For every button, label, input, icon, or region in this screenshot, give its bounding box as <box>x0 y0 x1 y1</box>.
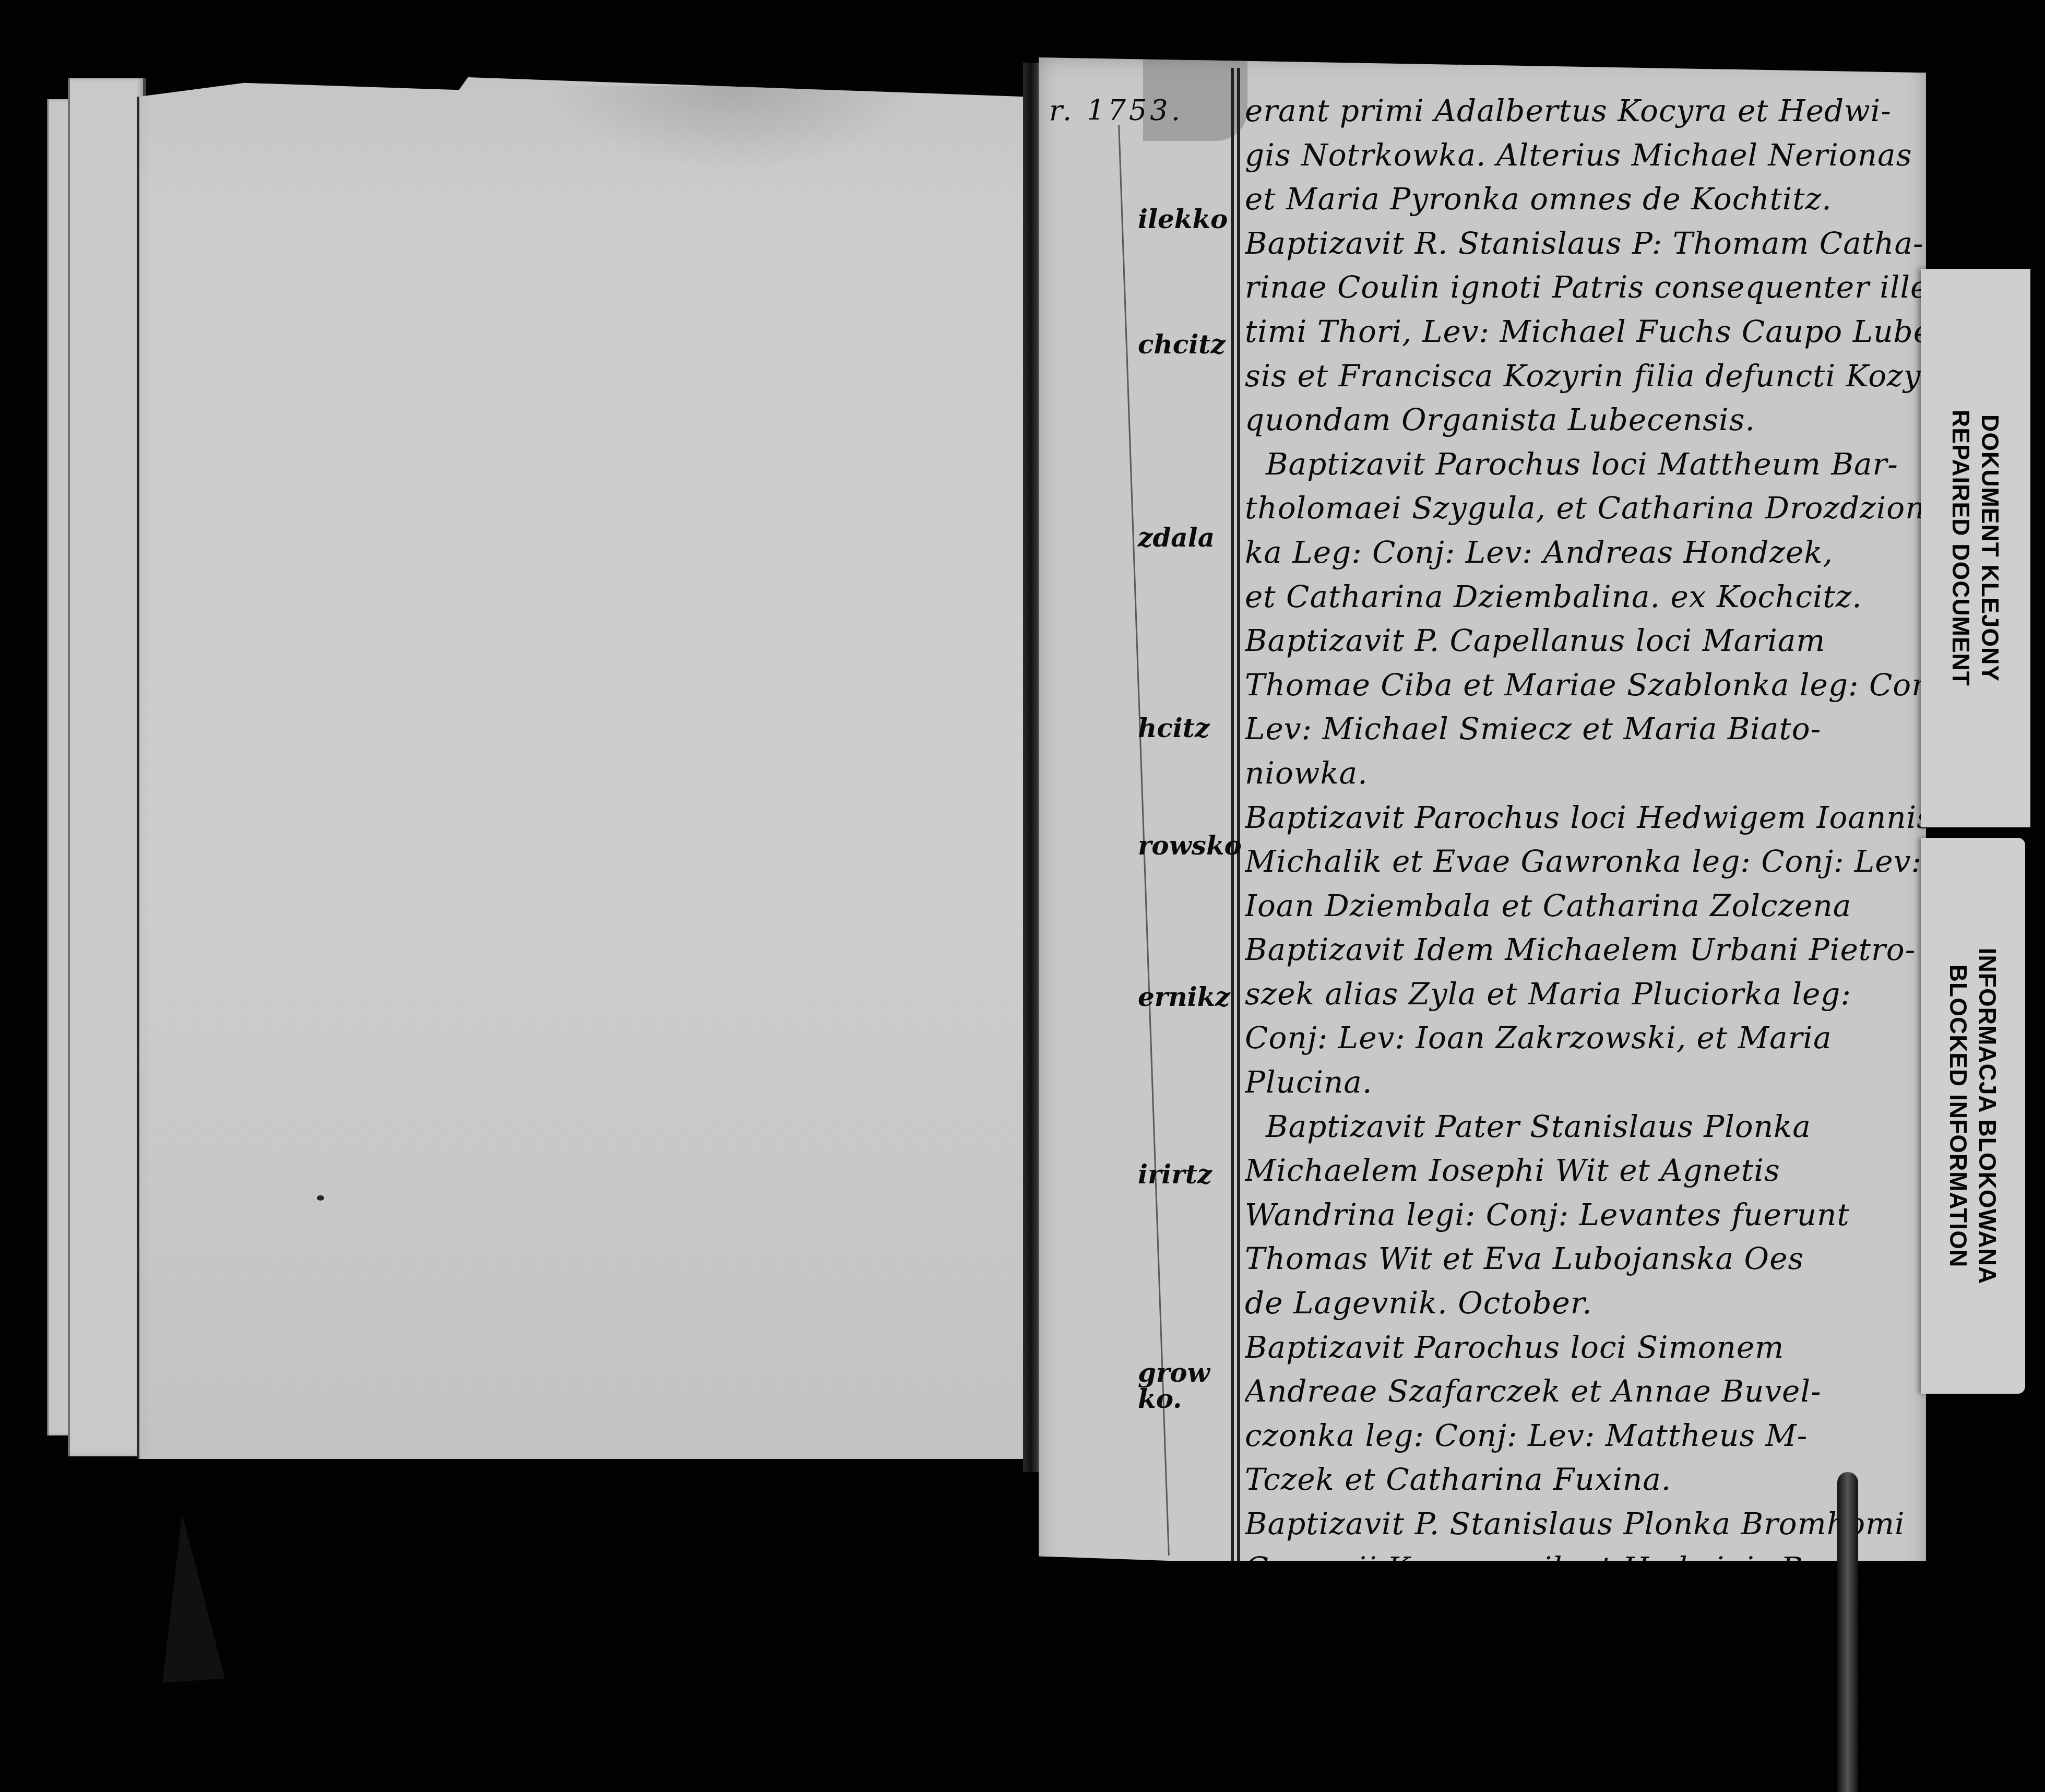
ink-speck <box>317 1195 324 1201</box>
entry-line: rinae Coulin ignoti Patris consequenter … <box>1245 265 1929 310</box>
entry-line: Conj: Lev: Ioan Zakrzowski, et Maria <box>1245 1016 1929 1060</box>
left-blank-page <box>137 55 1032 1459</box>
entry-line: Baptizavit Parochus loci Mattheum Bar- <box>1245 442 1929 486</box>
repaired-document-label: DOKUMENT KLEJONY REPAIRED DOCUMENT <box>1921 269 2030 827</box>
page-edge-inner <box>68 78 146 1456</box>
entry-line: Wandrina legi: Conj: Levantes fuerunt <box>1245 1193 1929 1237</box>
baptism-entries: erant primi Adalbertus Kocyra et Hedwi- … <box>1245 89 1929 1678</box>
entry-line: Plucina. <box>1245 1060 1929 1105</box>
entry-line: Thomas Wit et Eva Lubojanska Oes <box>1245 1237 1929 1281</box>
margin-note: rowsko <box>1138 830 1242 861</box>
margin-note: hcitz <box>1138 713 1209 743</box>
scanner-bed-shadow <box>0 1561 2045 1792</box>
entry-line: Baptizavit Parochus loci Simonem <box>1245 1325 1929 1370</box>
entry-line: Baptizavit P. Capellanus loci Mariam <box>1245 619 1929 663</box>
margin-note: chcitz <box>1138 329 1226 360</box>
margin-note: zdala <box>1138 522 1215 553</box>
label-line-polish: INFORMACJA BLOKOWANA <box>1973 947 2002 1284</box>
entry-line: Baptizavit Idem Michaelem Urbani Pietro- <box>1245 928 1929 972</box>
entry-line: tholomaei Szygula, et Catharina Drozdzio… <box>1245 486 1929 530</box>
entry-line: Tczek et Catharina Fuxina. <box>1245 1457 1929 1502</box>
margin-note: ernikz <box>1138 981 1230 1012</box>
water-stain <box>546 86 922 170</box>
margin-note: irirtz <box>1138 1159 1212 1190</box>
entry-line: quondam Organista Lubecensis. <box>1245 398 1929 442</box>
scan-background: r. 1753. ilekko chcitz zdala hcitz rowsk… <box>0 0 2045 1792</box>
label-line-polish: DOKUMENT KLEJONY <box>1976 410 2005 686</box>
entry-line: erant primi Adalbertus Kocyra et Hedwi- <box>1245 89 1929 133</box>
entry-line: szek alias Zyla et Maria Pluciorka leg: <box>1245 972 1929 1016</box>
entry-line: Baptizavit R. Stanislaus P: Thomam Catha… <box>1245 221 1929 266</box>
entry-line: et Maria Pyronka omnes de Kochtitz. <box>1245 177 1929 221</box>
entry-line: sis et Francisca Kozyrin filia defuncti … <box>1245 354 1929 398</box>
entry-line: Baptizavit P. Stanislaus Plonka Bromhomi <box>1245 1502 1929 1546</box>
entry-line: timi Thori, Lev: Michael Fuchs Caupo Lub… <box>1245 310 1929 354</box>
entry-line-month: de Lagevnik. October. <box>1245 1281 1929 1325</box>
blocked-information-label: INFORMACJA BLOKOWANA BLOCKED INFORMATION <box>1921 838 2025 1394</box>
margin-note: ko. <box>1138 1383 1182 1414</box>
margin-note: ilekko <box>1138 204 1228 234</box>
entry-line: Andreae Szafarczek et Annae Buvel- <box>1245 1369 1929 1414</box>
entry-line: Thomae Ciba et Mariae Szablonka leg: Con… <box>1245 663 1929 707</box>
entry-line: gis Notrkowka. Alterius Michael Nerionas <box>1245 133 1929 177</box>
entry-line: Ioan Dziembala et Catharina Zolczena <box>1245 884 1929 928</box>
label-text: INFORMACJA BLOKOWANA BLOCKED INFORMATION <box>1944 947 2002 1284</box>
entry-line: ka Leg: Conj: Lev: Andreas Hondzek, <box>1245 530 1929 575</box>
entry-line: Baptizavit Parochus loci Hedwigem Ioanni… <box>1245 796 1929 840</box>
margin-place-names: ilekko chcitz zdala hcitz rowsko ernikz … <box>1138 0 1237 1566</box>
entry-line: Lev: Michael Smiecz et Maria Biato- <box>1245 707 1929 751</box>
entry-line: et Catharina Dziembalina. ex Kochcitz. <box>1245 575 1929 619</box>
double-rule-right <box>1237 68 1240 1576</box>
label-text: DOKUMENT KLEJONY REPAIRED DOCUMENT <box>1946 410 2005 686</box>
entry-line: Michaelem Iosephi Wit et Agnetis <box>1245 1148 1929 1193</box>
label-line-english: REPAIRED DOCUMENT <box>1946 410 1976 686</box>
page-holder-clip-right <box>1837 1472 1858 1792</box>
entry-line: niowka. <box>1245 751 1929 796</box>
entry-line: czonka leg: Conj: Lev: Mattheus M- <box>1245 1414 1929 1458</box>
entry-line: Baptizavit Pater Stanislaus Plonka <box>1245 1105 1929 1149</box>
entry-line: Michalik et Evae Gawronka leg: Conj: Lev… <box>1245 839 1929 884</box>
book-gutter <box>1023 63 1039 1472</box>
label-line-english: BLOCKED INFORMATION <box>1944 947 1973 1284</box>
page-holder-clip-left <box>151 1512 225 1683</box>
